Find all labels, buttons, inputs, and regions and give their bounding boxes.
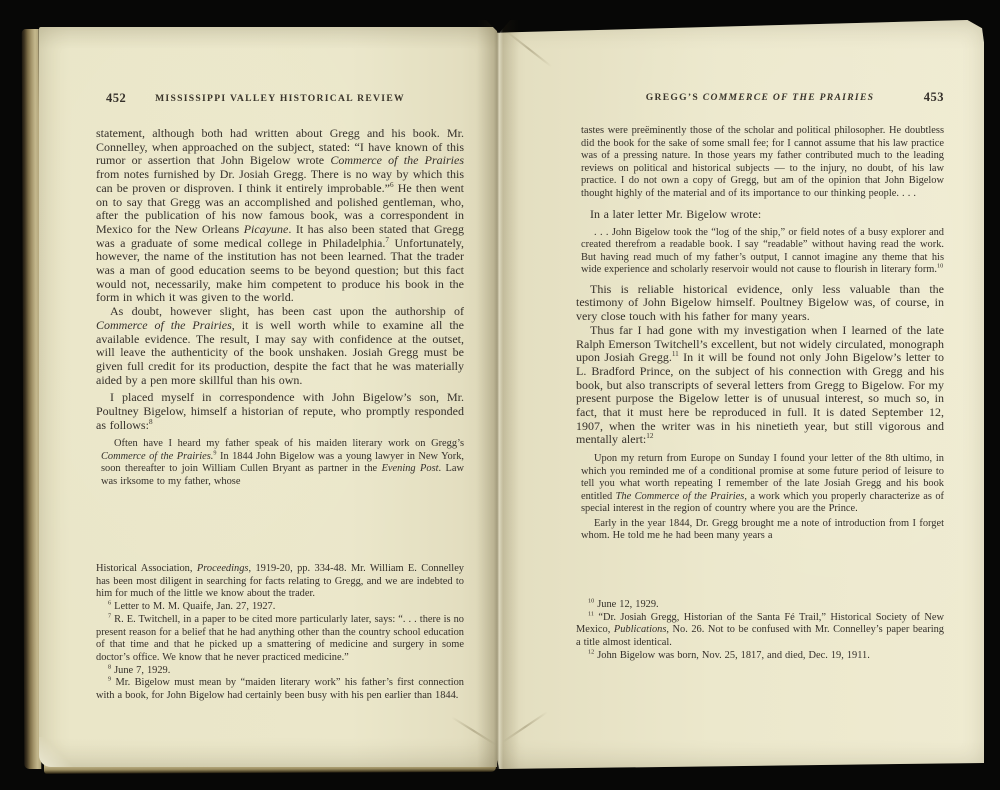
italic-text: COMMERCE OF THE PRAIRIES xyxy=(703,92,875,103)
footnote-marker: 9 xyxy=(213,450,216,457)
right-page-header-row: GREGG’S COMMERCE OF THE PRAIRIES 453 xyxy=(576,92,944,106)
footnote-marker: 12 xyxy=(588,648,594,655)
footnote-marker: 8 xyxy=(108,663,111,670)
footnote-continuation: Historical Association, Proceedings, 191… xyxy=(96,563,464,601)
paragraph: As doubt, however slight, has been cast … xyxy=(96,305,464,387)
running-header-left: MISSISSIPPI VALLEY HISTORICAL REVIEW xyxy=(96,93,464,104)
block-quote: Upon my return from Europe on Sunday I f… xyxy=(581,453,944,516)
italic-text: Picayune xyxy=(244,222,289,236)
footnote: 10 June 12, 1929. xyxy=(576,599,944,612)
paragraph: statement, although both had written abo… xyxy=(96,127,464,305)
page-number-right: 453 xyxy=(924,90,944,105)
footnote-marker: 8 xyxy=(149,418,153,426)
background: { "palette": { "background": "#070706", … xyxy=(0,0,1000,790)
footnote: 8 June 7, 1929. xyxy=(96,665,464,678)
italic-text: The Commerce of the Prairies xyxy=(616,491,745,502)
footnote-marker: 11 xyxy=(588,610,594,617)
left-page-header-row: 452 MISSISSIPPI VALLEY HISTORICAL REVIEW xyxy=(96,93,464,107)
paragraph: Thus far I had gone with my investigatio… xyxy=(576,324,944,447)
right-page-footnotes: 10 June 12, 1929.11 “Dr. Josiah Gregg, H… xyxy=(576,599,944,663)
footnote-marker: 10 xyxy=(937,263,943,270)
left-page-text: statement, although both had written abo… xyxy=(96,127,464,488)
paragraph: This is reliable historical evidence, on… xyxy=(576,283,944,324)
footnote: 11 “Dr. Josiah Gregg, Historian of the S… xyxy=(576,612,944,650)
footnote-marker: 12 xyxy=(646,432,653,440)
footnote-marker: 10 xyxy=(588,598,594,605)
right-page: GREGG’S COMMERCE OF THE PRAIRIES 453 tas… xyxy=(497,20,984,769)
footnote-marker: 7 xyxy=(385,236,389,244)
block-quote: Often have I heard my father speak of hi… xyxy=(101,438,464,488)
block-quote: Early in the year 1844, Dr. Gregg brough… xyxy=(581,518,944,543)
footnote: 12 John Bigelow was born, Nov. 25, 1817,… xyxy=(576,650,944,663)
left-page-footnotes: Historical Association, Proceedings, 191… xyxy=(96,563,464,703)
running-header-right: GREGG’S COMMERCE OF THE PRAIRIES xyxy=(576,92,944,103)
italic-text: Proceedings xyxy=(197,563,249,574)
block-quote: . . . John Bigelow took the “log of the … xyxy=(581,227,944,277)
right-page-text: tastes were preëminently those of the sc… xyxy=(576,125,944,543)
left-page: 452 MISSISSIPPI VALLEY HISTORICAL REVIEW… xyxy=(39,27,497,767)
italic-text: Commerce of the Prairies xyxy=(96,318,232,332)
page-number-left: 452 xyxy=(106,91,126,106)
footnote: 6 Letter to M. M. Quaife, Jan. 27, 1927. xyxy=(96,601,464,614)
paragraph: In a later letter Mr. Bigelow wrote: xyxy=(576,208,944,222)
footnote-marker: 9 xyxy=(108,676,111,683)
italic-text: Commerce of the Prairies xyxy=(330,153,464,167)
italic-text: Commerce of the Prairies. xyxy=(101,451,213,462)
block-quote-continuation: tastes were preëminently those of the sc… xyxy=(581,125,944,200)
footnote-marker: 6 xyxy=(108,600,111,607)
footnote-marker: 6 xyxy=(390,181,394,189)
paragraph: I placed myself in correspondence with J… xyxy=(96,391,464,432)
italic-text: Publications xyxy=(614,624,667,635)
footnote: 7 R. E. Twitchell, in a paper to be cite… xyxy=(96,614,464,665)
footnote: 9 Mr. Bigelow must mean by “maiden liter… xyxy=(96,677,464,702)
italic-text: Evening Post xyxy=(382,463,439,474)
footnote-marker: 11 xyxy=(672,350,679,358)
footnote-marker: 7 xyxy=(108,612,111,619)
